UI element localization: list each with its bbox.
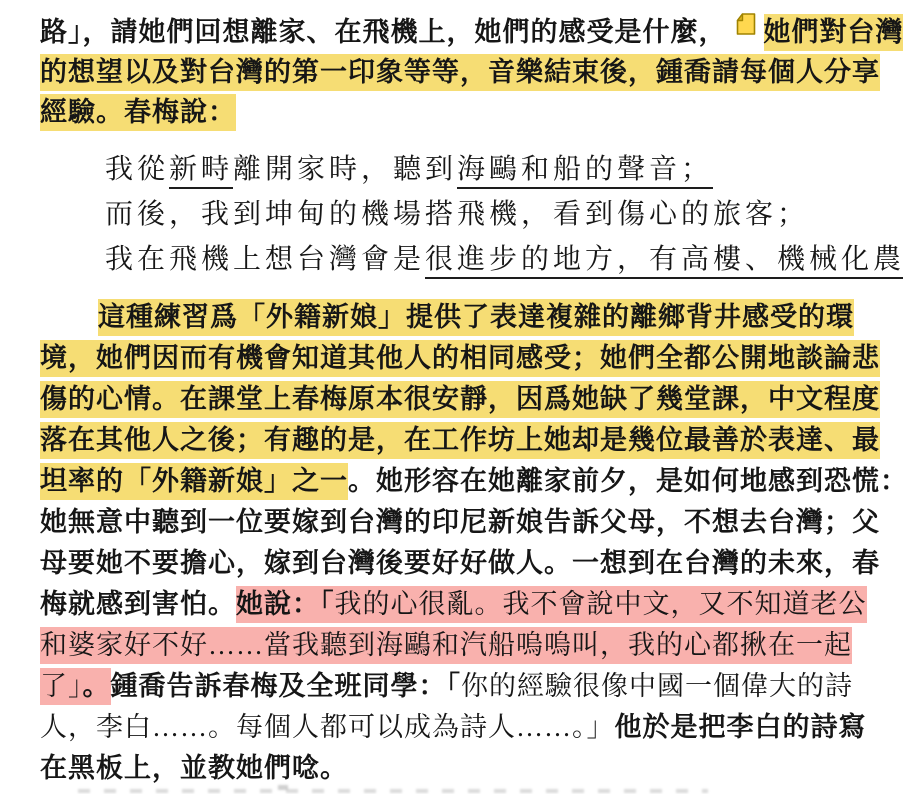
text-segment: 母要她不要擔心，嫁到台灣後要好好做人。一想到在台灣的未來，春	[40, 545, 880, 582]
text-segment: 經驗。春梅說：	[40, 94, 236, 131]
text-line: 路」，請她們回想離家、在飛機上，她們的感受是什麼， 她們對台灣	[40, 12, 883, 52]
text-line: 這種練習爲「外籍新娘」提供了表達複雜的離鄉背井感受的環	[40, 297, 883, 338]
sticky-note-icon[interactable]	[736, 13, 756, 37]
intro-paragraph: 路」，請她們回想離家、在飛機上，她們的感受是什麼， 她們對台灣的想望以及對台灣的…	[40, 12, 883, 132]
text-line: 我從新畤離開家時，聽到海鷗和船的聲音；	[105, 146, 883, 191]
text-segment: 我從	[105, 151, 169, 189]
cutoff-next-line-artifact	[78, 789, 708, 793]
scan-smudge	[278, 785, 288, 790]
text-line: 了」。鍾喬告訴春梅及全班同學：「你的經驗很像中國一個偉大的詩	[40, 666, 883, 707]
text-segment: 你的經驗很像中國一個偉大的詩	[461, 668, 853, 705]
text-line: 我在飛機上想台灣會是很進步的地方，有高樓、機械化農業。	[105, 236, 883, 281]
text-segment: 她們對台灣	[764, 14, 903, 51]
text-segment: 坦率的「外籍新娘」之一	[40, 463, 348, 500]
text-segment: 。	[83, 668, 111, 705]
text-segment: 的想望以及對台灣的第一印象等等，音樂結束後，鍾喬請每個人分享	[40, 54, 880, 91]
scanned-document-page: 路」，請她們回想離家、在飛機上，她們的感受是什麼， 她們對台灣的想望以及對台灣的…	[0, 0, 903, 794]
text-line: 和婆家好不好……當我聽到海鷗和汽船嗚嗚叫，我的心都揪在一起	[40, 625, 883, 666]
text-segment: 很進步的地方，有高樓、機械化農業	[425, 241, 903, 279]
text-line: 境，她們因而有機會知道其他人的相同感受；她們全都公開地談論悲	[40, 338, 883, 379]
text-segment: 和婆家好不好……當我聽到海鷗和汽船嗚嗚叫，我的心都揪在一起	[40, 627, 852, 664]
text-line: 人，李白……。每個人都可以成為詩人……。」他於是把李白的詩寫	[40, 707, 883, 748]
text-segment: 傷的心情。在課堂上春梅原本很安靜，因爲她缺了幾堂課，中文程度	[40, 381, 880, 418]
text-segment: 她說：「	[236, 586, 335, 623]
text-segment: 這種練習爲「外籍新娘」提供了表達複雜的離鄉背井感受的環	[98, 299, 854, 336]
text-line: 在黑板上，並教她們唸。	[40, 748, 883, 789]
text-segment: 落在其他人之後；有趣的是，在工作坊上她却是幾位最善於表達、最	[40, 422, 880, 459]
text-segment: 。她形容在她離家前夕，是如何地感到恐慌：	[348, 463, 903, 500]
text-line: 經驗。春梅說：	[40, 92, 883, 132]
text-segment: 鍾喬告訴春梅及全班同學：「	[111, 668, 462, 705]
text-segment: 人，李白……。每個人都可以成為詩人……。」	[40, 709, 615, 746]
text-segment: 離開家時，聽到	[233, 151, 457, 189]
text-line: 坦率的「外籍新娘」之一。她形容在她離家前夕，是如何地感到恐慌：	[40, 461, 883, 502]
text-segment: 新畤	[169, 151, 233, 189]
text-segment: 在黑板上，並教她們唸。	[40, 750, 348, 787]
text-segment: 我的心很亂。我不會說中文，又不知道老公	[335, 586, 867, 623]
text-line: 梅就感到害怕。她說：「我的心很亂。我不會說中文，又不知道老公	[40, 584, 883, 625]
text-segment: 我在飛機上想台灣會是	[105, 241, 425, 279]
text-line: 的想望以及對台灣的第一印象等等，音樂結束後，鍾喬請每個人分享	[40, 52, 883, 92]
text-line: 落在其他人之後；有趣的是，在工作坊上她却是幾位最善於表達、最	[40, 420, 883, 461]
text-segment: 境，她們因而有機會知道其他人的相同感受；她們全都公開地談論悲	[40, 340, 880, 377]
main-paragraph: 這種練習爲「外籍新娘」提供了表達複雜的離鄉背井感受的環境，她們因而有機會知道其他…	[40, 297, 883, 789]
text-line: 她無意中聽到一位要嫁到台灣的印尼新娘告訴父母，不想去台灣；父	[40, 502, 883, 543]
blockquote-recollection: 我從新畤離開家時，聽到海鷗和船的聲音；而後，我到坤甸的機場搭飛機，看到傷心的旅客…	[105, 146, 883, 281]
text-segment: 海鷗和船的聲音；	[457, 151, 713, 189]
text-segment: 他於是把李白的詩寫	[615, 709, 867, 746]
text-segment: 了」	[40, 668, 83, 705]
text-segment: 梅就感到害怕。	[40, 586, 236, 623]
text-line: 母要她不要擔心，嫁到台灣後要好好做人。一想到在台灣的未來，春	[40, 543, 883, 584]
text-segment: 路」，請她們回想離家、在飛機上，她們的感受是什麼，	[40, 14, 727, 51]
text-line: 傷的心情。在課堂上春梅原本很安靜，因爲她缺了幾堂課，中文程度	[40, 379, 883, 420]
text-segment: 她無意中聽到一位要嫁到台灣的印尼新娘告訴父母，不想去台灣；父	[40, 504, 880, 541]
text-line: 而後，我到坤甸的機場搭飛機，看到傷心的旅客；	[105, 191, 883, 236]
text-segment: 而後，我到坤甸的機場搭飛機，看到傷心的旅客；	[105, 196, 809, 234]
